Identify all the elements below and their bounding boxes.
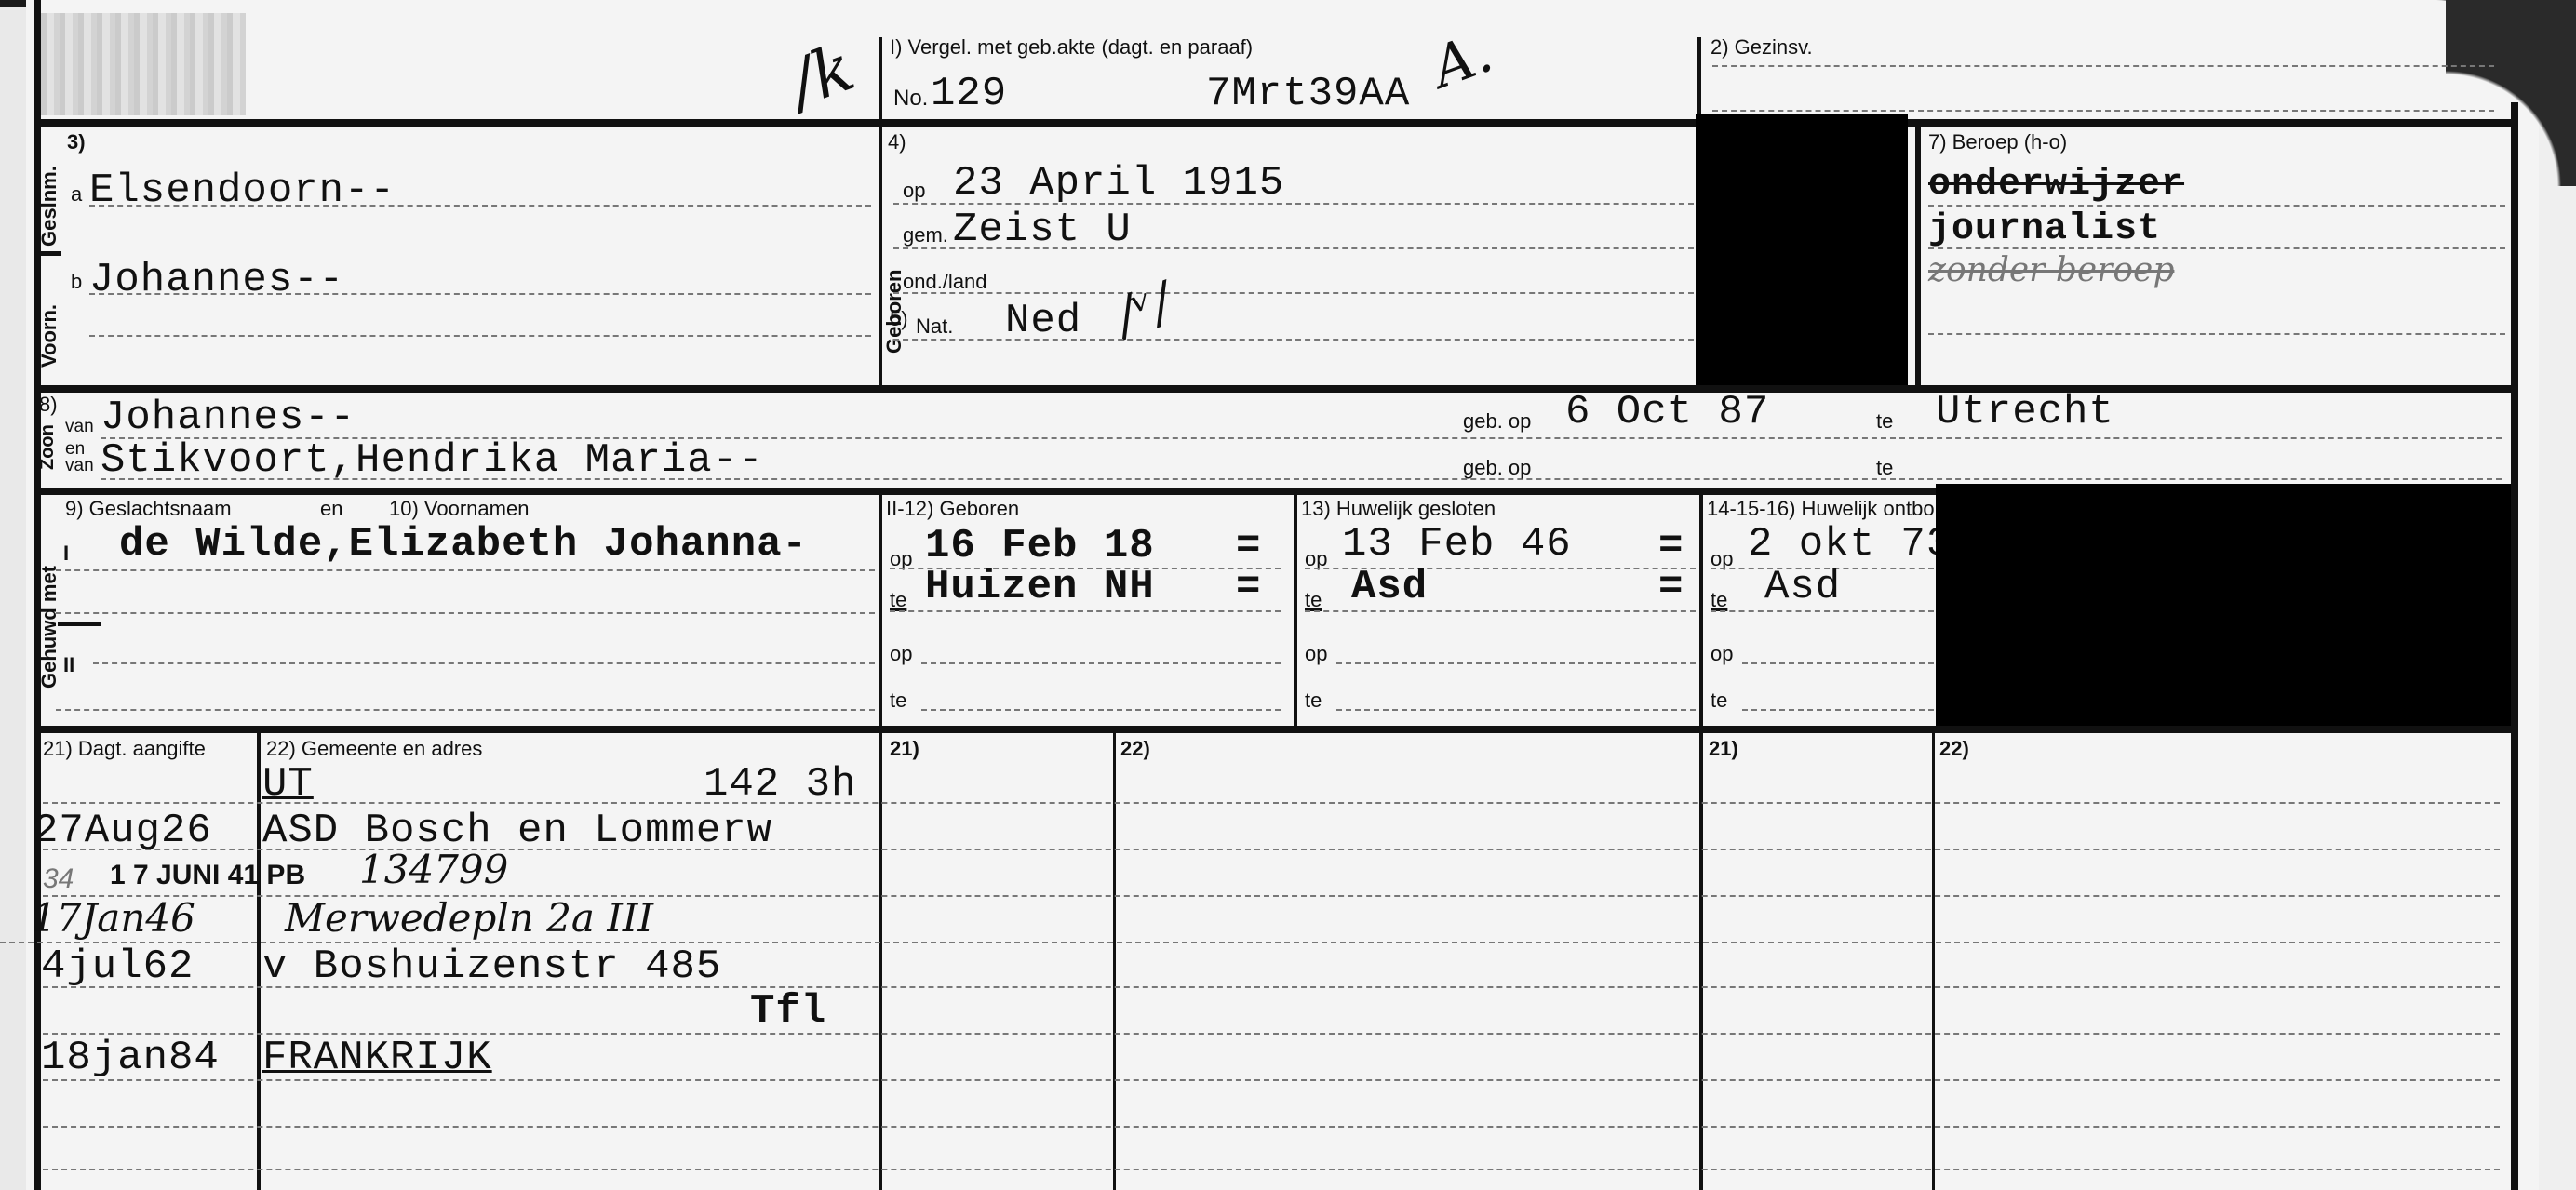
spouse-divider — [58, 622, 101, 626]
address-row-0-address: UT — [262, 761, 314, 808]
row2-op-label: op — [890, 642, 912, 666]
ditto-mark: = — [1658, 564, 1684, 610]
mother-prefix: en van — [65, 441, 93, 475]
father-prefix: van — [65, 417, 94, 437]
address-row-1-address: ASD Bosch en Lommerw — [262, 808, 772, 854]
occupation-entry-1: onderwijzer — [1928, 164, 2184, 206]
birth-section-number: 4) — [888, 130, 906, 154]
rule — [1305, 610, 1696, 612]
given-side-label: Voorn. — [37, 304, 61, 368]
surname-side-label: Geslnm. — [37, 166, 61, 247]
address-row-4-address: v Boshuizenstr 485 — [262, 943, 721, 990]
rule — [893, 292, 1694, 294]
occupation-entry-3: zonder beroep — [1928, 251, 2174, 289]
rule — [1928, 333, 2505, 335]
address-row-4-date: 4jul62 — [41, 943, 194, 990]
header-divider-1 — [879, 37, 882, 121]
married-date: 13 Feb 46 — [1342, 521, 1572, 568]
vergel-label: I) Vergel. met geb.akte (dagt. en paraaf… — [890, 35, 1253, 60]
ditto-mark: = — [1236, 564, 1261, 610]
birth-municipality: Zeist U — [953, 207, 1132, 253]
address-date-col-label: 21) Dagt. aangifte — [43, 737, 206, 761]
given-names-value: Johannes-- — [89, 257, 344, 303]
birth-op-label: op — [903, 179, 925, 203]
dissolved-te-label: te — [1711, 588, 1727, 612]
mother-geb-op-label: geb. op — [1463, 456, 1531, 480]
address-row-5-address: FRANKRIJK — [262, 1035, 492, 1081]
frame-right — [2511, 102, 2518, 1190]
married-place: Asd — [1351, 564, 1428, 610]
row2-te-label: te — [1711, 689, 1727, 713]
rule — [893, 247, 1694, 249]
father-name: Johannes-- — [101, 394, 356, 441]
redaction-box — [1936, 484, 2511, 731]
father-birth-place: Utrecht — [1936, 389, 2114, 435]
row2-op-label: op — [1305, 642, 1327, 666]
spouse-I-name: de Wilde,Elizabeth Johanna- — [119, 521, 808, 568]
rule — [101, 478, 2502, 480]
address-col-label: 22) Gemeente en adres — [266, 737, 482, 761]
address-row-4-address-line2: Tfl — [750, 988, 826, 1035]
rule-thick-1 — [34, 119, 2518, 127]
address-row-5-date: 18jan84 — [41, 1035, 220, 1081]
row2-te-label: te — [890, 689, 906, 713]
ditto-mark: = — [1658, 523, 1684, 569]
rule — [1928, 247, 2505, 249]
rule — [893, 339, 1694, 341]
dissolved-place: Asd — [1764, 564, 1841, 610]
father-geb-op-label: geb. op — [1463, 409, 1531, 434]
surname-value: Elsendoorn-- — [89, 167, 396, 214]
rule — [1712, 65, 2494, 67]
divider — [1915, 121, 1921, 391]
rule — [56, 709, 875, 711]
nat-label: Nat. — [916, 314, 953, 339]
birth-date: 23 April 1915 — [953, 160, 1284, 207]
address-row-0-address-right: 142 3h — [704, 761, 856, 808]
side-divider — [34, 251, 61, 256]
redaction-box — [1696, 114, 1908, 391]
spouse-born-label: II-12) Geboren — [886, 497, 1019, 521]
rule — [1742, 662, 1934, 664]
spouse-born-date: 16 Feb 18 — [925, 523, 1155, 569]
rule — [56, 612, 875, 614]
divider — [1294, 493, 1297, 731]
address-row-3-address: Merwedepln 2a III — [285, 895, 653, 941]
rule — [1336, 662, 1696, 664]
rule-thick-2 — [34, 385, 2518, 393]
birth-ond-label: ond./land — [903, 270, 987, 294]
rule — [890, 610, 1281, 612]
rule — [1712, 110, 2494, 112]
surname-prefix: a — [71, 182, 82, 207]
rule — [1742, 709, 1934, 711]
rule — [1336, 709, 1696, 711]
divider — [879, 493, 882, 731]
spouse-II-marker: II — [63, 653, 74, 677]
divider — [1113, 731, 1116, 1190]
rule — [893, 203, 1694, 205]
header-divider-2 — [1697, 37, 1701, 121]
rule — [89, 205, 871, 207]
extra-col-label-3: 21) — [1709, 737, 1738, 761]
address-row-1-date: 27Aug26 — [34, 808, 212, 854]
spouse-I-marker: I — [63, 542, 69, 566]
nationality-value: Ned — [1005, 298, 1081, 344]
mother-te-label: te — [1876, 456, 1893, 480]
parents-side-label: Zoon — [37, 424, 59, 470]
dissolved-date: 2 okt 73 — [1748, 521, 1952, 568]
row2-op-label: op — [1711, 642, 1733, 666]
divider — [1699, 493, 1703, 731]
spouse-born-te-label: te — [890, 588, 906, 612]
rule — [1711, 610, 1934, 612]
spouse-given-col-label: 10) Voornamen — [389, 497, 529, 521]
occupation-entry-2: journalist — [1928, 208, 2161, 250]
extra-col-label-2: 22) — [1120, 737, 1150, 761]
rule — [43, 802, 2500, 804]
gezinsv-label: 2) Gezinsv. — [1711, 35, 1813, 60]
address-row-3-date: 17Jan46 — [32, 895, 195, 941]
rule — [93, 662, 875, 664]
father-te-label: te — [1876, 409, 1893, 434]
rule — [43, 1169, 2500, 1170]
ditto-mark: = — [1236, 523, 1261, 569]
spouse-surname-col-label: 9) Geslachtsnaam — [65, 497, 232, 521]
rule — [56, 569, 875, 571]
address-row-2-address: 134799 — [359, 847, 508, 892]
mother-name: Stikvoort,Hendrika Maria-- — [101, 437, 764, 484]
father-birth-date: 6 Oct 87 — [1565, 389, 1769, 435]
address-row-2-faint-prefix: 34 — [43, 863, 74, 895]
married-label: 13) Huwelijk gesloten — [1301, 497, 1496, 521]
extra-col-label-4: 22) — [1939, 737, 1969, 761]
divider — [1932, 731, 1935, 1190]
birth-gem-label: gem. — [903, 223, 948, 247]
rule — [921, 709, 1281, 711]
scan-stain — [41, 13, 246, 115]
divider — [257, 731, 261, 1190]
divider — [1699, 731, 1703, 1190]
rule — [1928, 205, 2505, 207]
spouse-en-label: en — [320, 497, 342, 521]
parents-section-number: 8) — [39, 393, 58, 417]
rule — [89, 293, 871, 295]
rule-thick-4 — [34, 726, 2518, 733]
married-te-label: te — [1305, 588, 1322, 612]
rule — [89, 335, 871, 337]
vergel-no-value: 129 — [931, 71, 1007, 117]
spouse-born-place: Huizen NH — [925, 564, 1155, 610]
occupation-label: 7) Beroep (h-o) — [1928, 130, 2067, 154]
rule — [921, 662, 1281, 664]
vergel-date: 7Mrt39AA — [1206, 71, 1410, 117]
names-section-number: 3) — [67, 130, 86, 154]
vergel-no-label: No. — [893, 86, 928, 112]
divider — [879, 731, 882, 1190]
nat-number: 5) — [890, 307, 908, 331]
given-prefix: b — [71, 270, 82, 294]
row2-te-label: te — [1305, 689, 1322, 713]
marriage-side-label: Gehuwd met — [37, 566, 61, 689]
rule — [43, 1126, 2500, 1128]
extra-col-label-1: 21) — [890, 737, 919, 761]
address-row-2-date-stamp: 1 7 JUNI 41 PB — [110, 860, 305, 891]
